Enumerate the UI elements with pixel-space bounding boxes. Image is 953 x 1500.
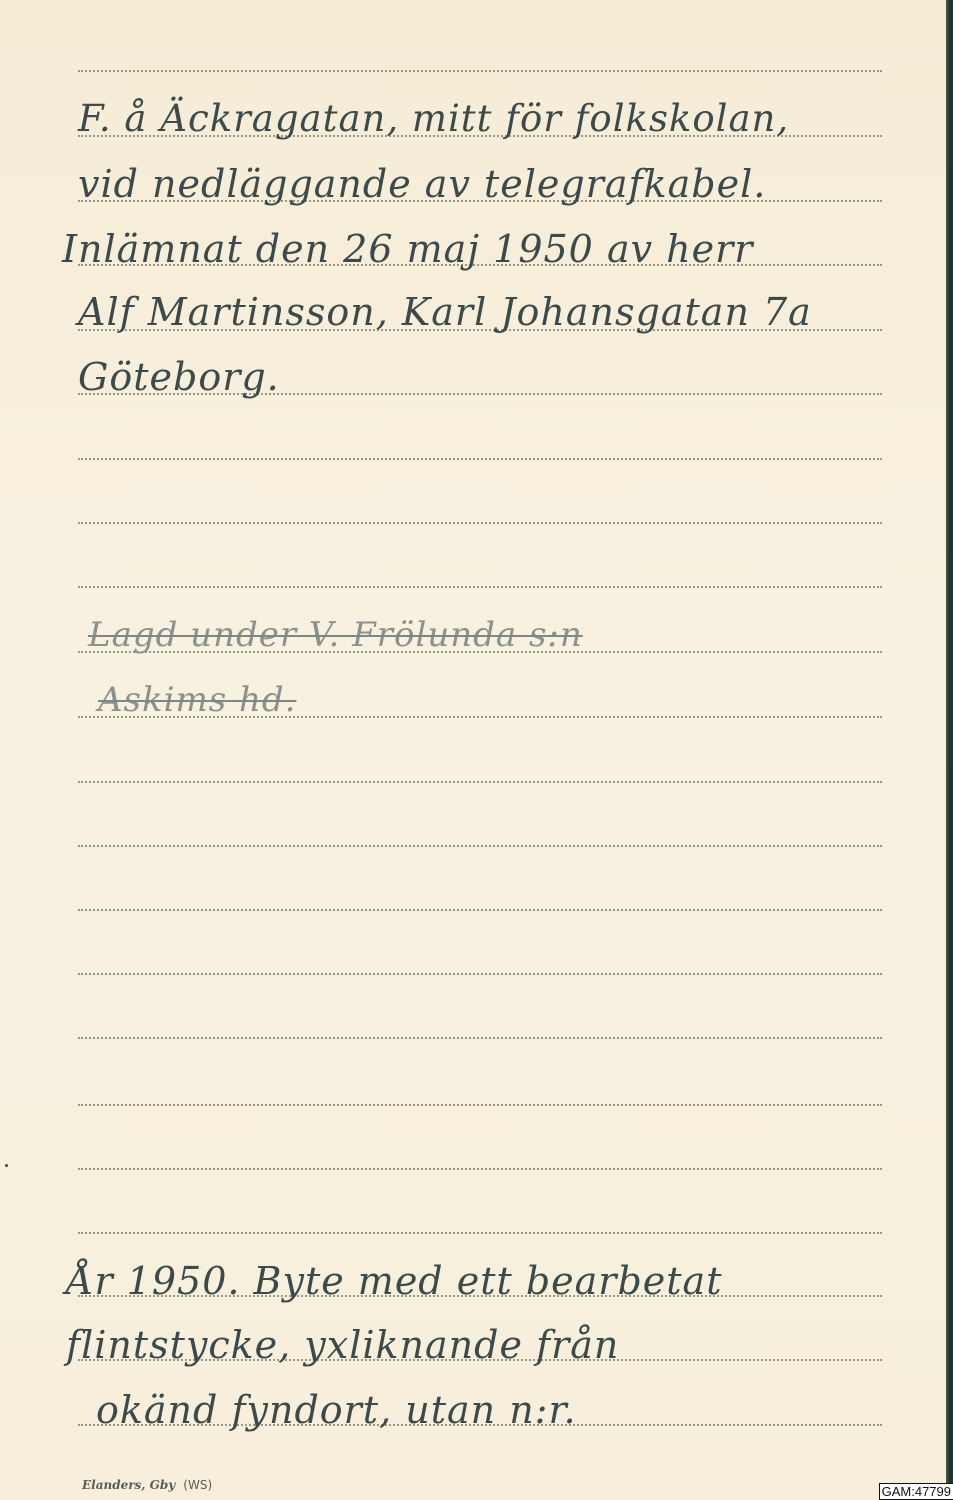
entry-1-line-3: Inlämnat den 26 maj 1950 av herr — [62, 230, 753, 268]
entry-2-line-1: År 1950. Byte med ett bearbetat — [66, 1262, 722, 1300]
entry-2-line-3: okänd fyndort, utan n:r. — [96, 1391, 577, 1429]
catalog-card: F. å Äckragatan, mitt för folkskolan, vi… — [0, 0, 946, 1500]
ruled-line — [78, 70, 882, 72]
entry-1-line-4: Alf Martinsson, Karl Johansgatan 7a — [78, 293, 812, 331]
struck-note-line-2: Askims hd. — [98, 683, 296, 717]
ruled-line — [78, 458, 882, 460]
entry-2-line-2: flintstycke, yxliknande från — [66, 1326, 619, 1364]
ruled-line — [78, 1232, 882, 1234]
printer-name: Elanders, Gby — [82, 1478, 175, 1492]
entry-1-line-1: F. å Äckragatan, mitt för folkskolan, — [78, 100, 789, 137]
ruled-line — [78, 781, 882, 783]
ruled-line — [78, 845, 882, 847]
struck-note-line-1: Lagd under V. Frölunda s:n — [88, 618, 583, 652]
entry-1-line-2: vid nedläggande av telegrafkabel. — [78, 165, 766, 203]
card-spine-edge — [946, 0, 953, 1500]
ruled-line — [78, 1037, 882, 1039]
catalog-id-label: GAM:47799 — [879, 1483, 953, 1500]
printer-imprint: Elanders, Gby(WS) — [82, 1478, 212, 1492]
ruled-line — [78, 1104, 882, 1106]
printer-code: (WS) — [183, 1478, 212, 1492]
ruled-line — [78, 1168, 882, 1170]
entry-1-line-5: Göteborg. — [78, 358, 280, 396]
paper-speck — [5, 1164, 8, 1167]
ruled-line — [78, 586, 882, 588]
ruled-line — [78, 973, 882, 975]
ruled-line — [78, 909, 882, 911]
ruled-line — [78, 522, 882, 524]
